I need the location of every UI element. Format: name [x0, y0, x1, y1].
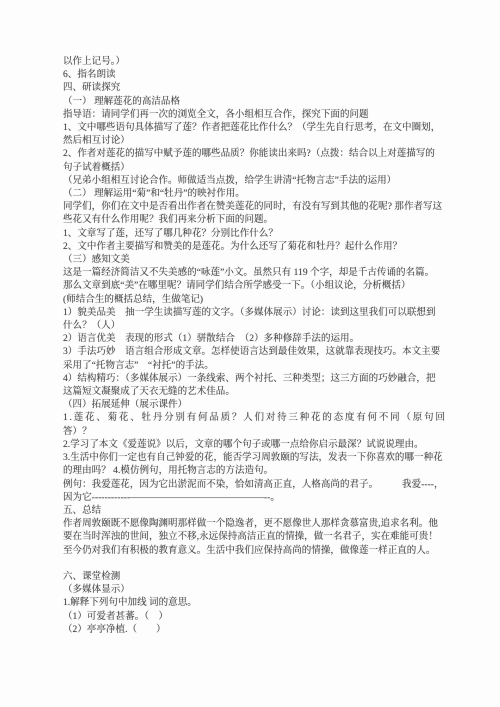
text-line: 1、文中哪些语句具体描写了莲？作者把莲花比作什么？（学生先自行思考，在文中圈划，: [63, 122, 449, 135]
text-line: 这篇短文凝聚成了天衣无缝的艺术佳品。: [63, 386, 449, 399]
text-line: 五、总结: [63, 505, 449, 518]
text-line: 些花又有什么作用呢？我们再来分析下面的问题。: [63, 214, 449, 227]
text-line: 六、课堂检测: [63, 571, 449, 584]
document-text: 以作上记号。）6、指名朗读四、研读探究（一） 理解莲花的高洁品格指导语：请同学们…: [63, 56, 449, 637]
text-line: （多媒体显示）: [63, 584, 449, 597]
text-line: 2）语言优美 表现的形式（1）骈散结合 （2）多种修辞手法的运用。: [63, 333, 449, 346]
text-line: 以作上记号。）: [63, 56, 449, 69]
text-line: 至今仍对我们有积极的教育意义。生活中我们应保持高尚的情操，做像莲一样正直的人。: [63, 545, 449, 558]
text-line: （1）可爱者甚蕃。（ ）: [63, 611, 449, 624]
text-line: 然后相互讨论）: [63, 135, 449, 148]
text-line: 1）貌美品美 抽一学生读描写莲的文字。（多媒体展示）讨论：读到这里我们可以联想到: [63, 307, 449, 320]
text-line: 因为它------------——————————————--。: [63, 492, 449, 505]
text-line: 指导语：请同学们再一次的浏览全文，各小组相互合作，探究下面的问题: [63, 109, 449, 122]
text-line: 什么？（人）: [63, 320, 449, 333]
text-line: （一） 理解莲花的高洁品格: [63, 96, 449, 109]
text-line: [63, 558, 449, 571]
text-line: (师结合生的概括总结，生做笔记): [63, 294, 449, 307]
text-line: 1.解释下列句中加线 词的意思。: [63, 597, 449, 610]
text-line: 2.学习了本文《爱莲说》以后，文章的哪个句子或哪一点给你启示最深？试说说理由。: [63, 439, 449, 452]
text-line: （兄弟小组相互讨论合作。师做适当点拨，给学生讲清“托物言志”手法的运用）: [63, 175, 449, 188]
text-line: 作者周敦颐既不愿像陶渊明那样做一个隐逸者，更不愿像世人那样贪慕富贵,追求名利。他: [63, 518, 449, 531]
text-line: 句子试着概括）: [63, 162, 449, 175]
text-line: 2、文中作者主要描写和赞美的是莲花。为什么还写了菊花和牡丹？起什么作用？: [63, 241, 449, 254]
text-line: 采用了“托物言志” “衬托”的手法。: [63, 360, 449, 373]
text-line: 3.生活中你们一定也有自己钟爱的花，能否学习周敦颐的写法，发表一下你喜欢的哪一种…: [63, 452, 449, 465]
text-line: 6、指名朗读: [63, 69, 449, 82]
text-line: （2）亭亭净植.（ ）: [63, 624, 449, 637]
document-page: 以作上记号。）6、指名朗读四、研读探究（一） 理解莲花的高洁品格指导语：请同学们…: [0, 0, 500, 707]
text-line: 4）结构精巧：（多媒体展示）一条线索、两个衬托、三种类型；这三方面的巧妙融合，把: [63, 373, 449, 386]
text-line: （二） 理解运用“菊”和“牡丹”的映衬作用。: [63, 188, 449, 201]
text-line: （四）拓展延伸（展示课件）: [63, 399, 449, 412]
text-line: 这是一篇经济简洁又不失美感的“咏莲”小文。虽然只有 119 个字，却是千古传诵的…: [63, 267, 449, 280]
text-line: 四、研读探究: [63, 82, 449, 95]
text-line: 的理由吗？ 4.模仿例句，用托物言志的方法造句。: [63, 465, 449, 478]
text-line: 答）？: [63, 426, 449, 439]
text-line: （三）感知文美: [63, 254, 449, 267]
text-line: 那么文章到底“美”在哪里呢？请同学们结合所学感受一下。（小组议论，分析概括）: [63, 280, 449, 293]
text-line: 要在当时浑浊的世间，独立不移,永远保持高洁正直的情操，做一名君子，实在难能可贵！: [63, 531, 449, 544]
text-line: 1.莲花、菊花、牡丹分别有何品质？人们对待三种花的态度有何不同（原句回: [63, 412, 449, 425]
text-line: 2、作者对莲花的描写中赋予莲的哪些品质？你能读出来吗?（点拨：结合以上对莲描写的: [63, 148, 449, 161]
text-line: 例句：我爱莲花，因为它出淤泥而不染，恰如清高正直，人格高尚的君子。 我爱----…: [63, 479, 449, 492]
text-line: 1、文章写了莲，还写了哪几种花？分别比作什么？: [63, 228, 449, 241]
text-line: 同学们，你们在文中是否看出作者在赞美莲花的同时，有没有写到其他的花呢? 那作者写…: [63, 201, 449, 214]
text-line: 3）手法巧妙 语言组合形成文章。怎样使语言达到最佳效果，这就靠表现技巧。本文主要: [63, 346, 449, 359]
